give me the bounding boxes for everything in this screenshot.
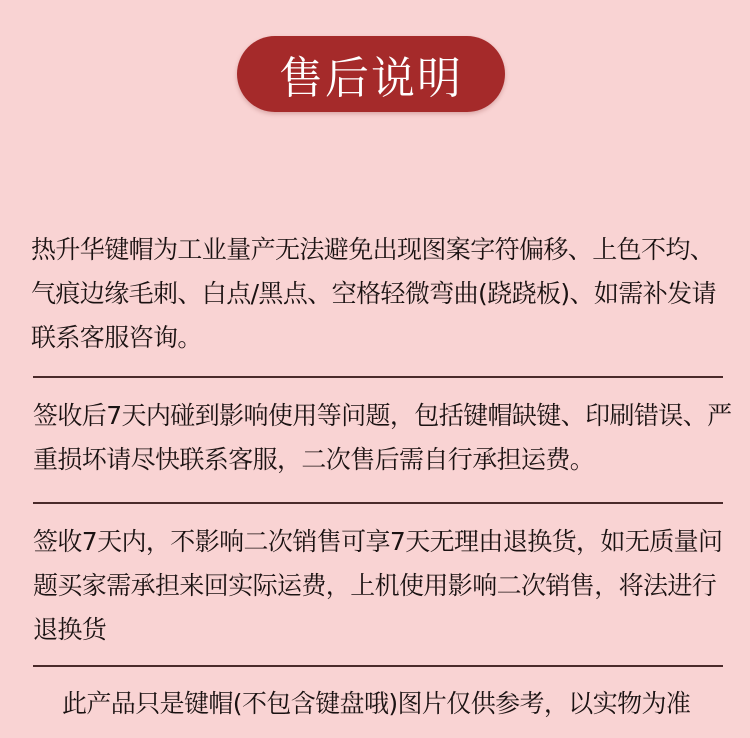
title-banner: 售后说明 [237,36,505,112]
section-returns-text: 签收7天内，不影响二次销售可享7天无理由退换货，如无质量问题买家需承担来回实际运… [33,520,733,652]
divider-3 [33,665,723,667]
footer-note: 此产品只是键帽(不包含键盘哦)图片仅供参考，以实物为准 [62,684,702,724]
section-damage-text: 签收后7天内碰到影响使用等问题，包括键帽缺键、印刷错误、严重损坏请尽快联系客服，… [33,394,733,482]
divider-2 [33,502,723,504]
divider-1 [33,376,723,378]
section-defects-text: 热升华键帽为工业量产无法避免出现图案字符偏移、上色不均、气痕边缘毛刺、白点/黑点… [31,228,731,360]
page-title: 售后说明 [279,42,463,106]
